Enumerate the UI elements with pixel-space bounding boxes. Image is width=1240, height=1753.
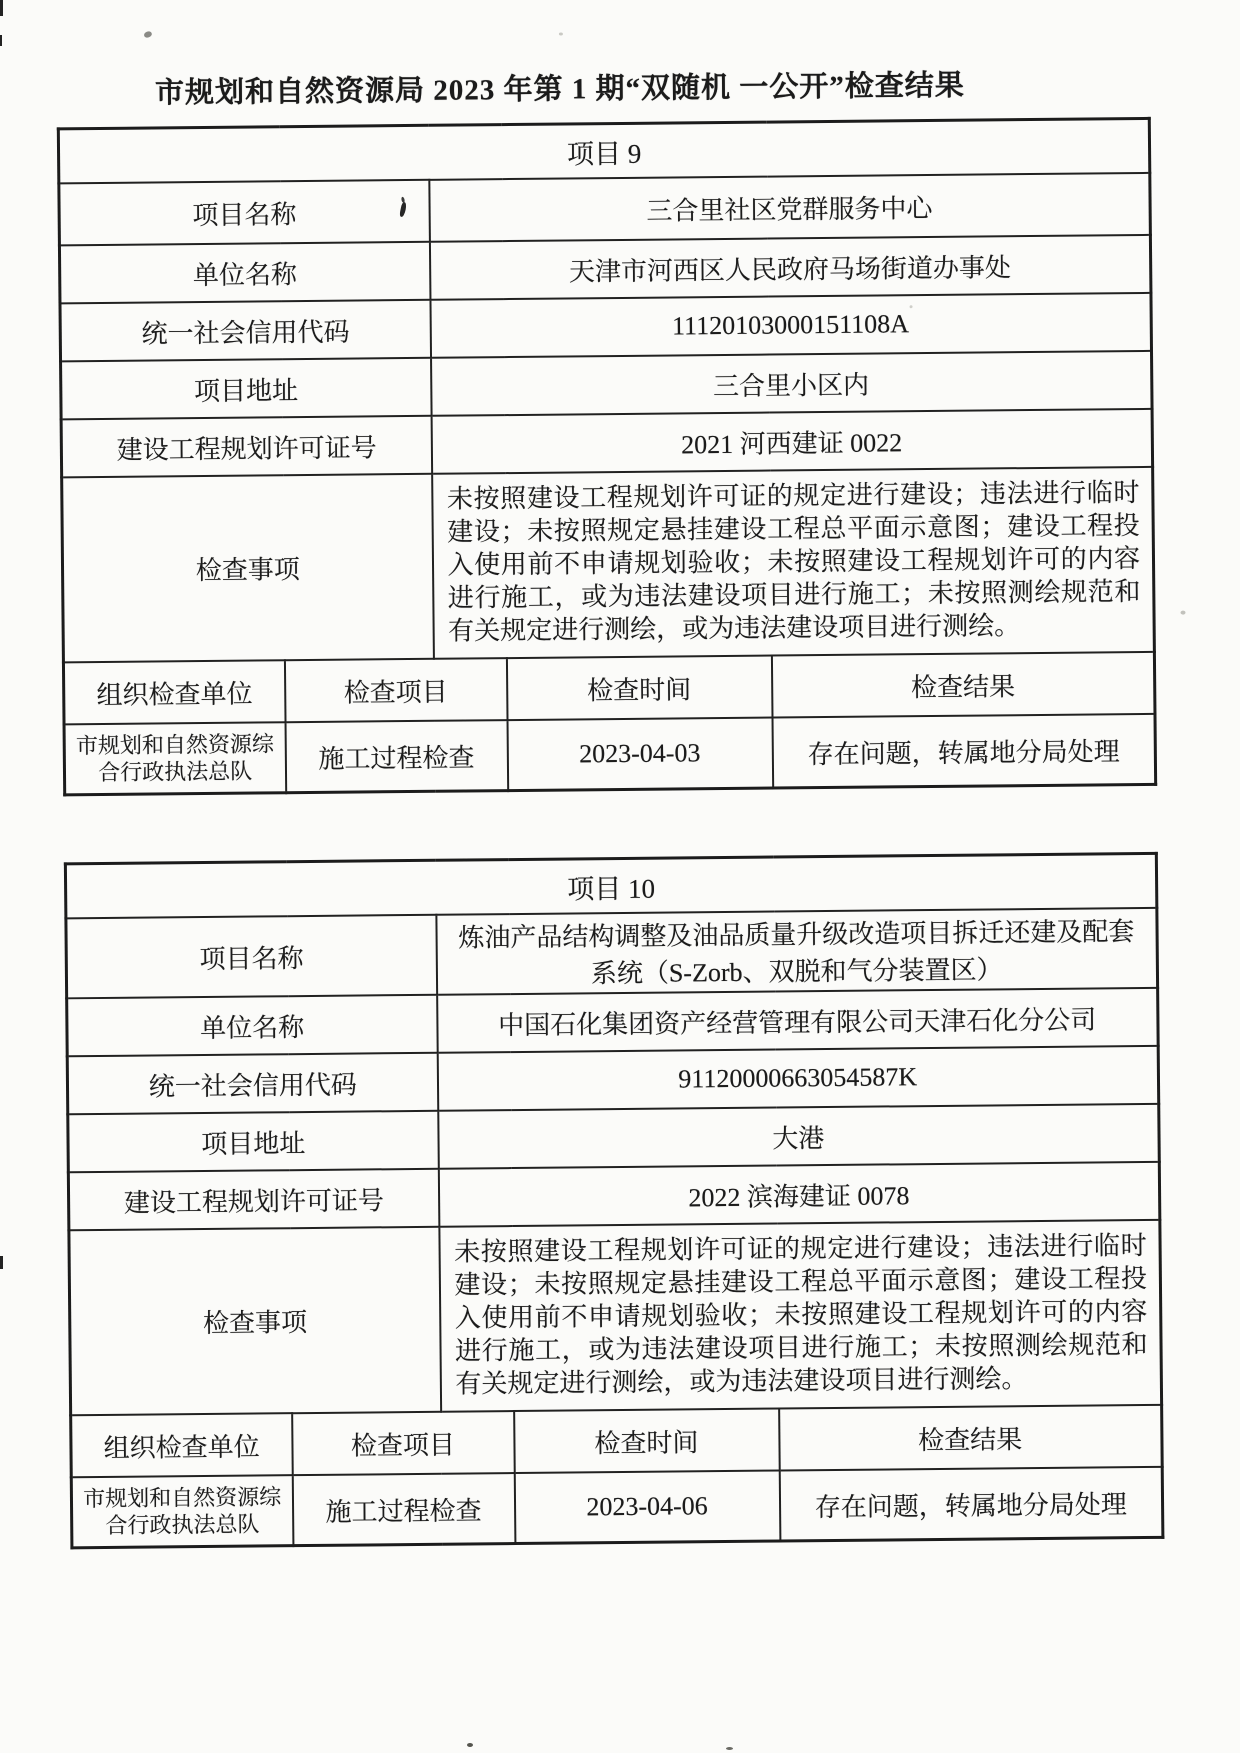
table-row: 统一社会信用代码 11120103000151108A [60, 293, 1152, 361]
column-header-org-unit: 组织检查单位 [63, 660, 285, 724]
table-row: 检查事项 未按照建设工程规划许可证的规定进行建设；违法进行临时建设；未按照规定悬… [62, 467, 1155, 662]
field-label-project-address: 项目地址 [61, 358, 432, 420]
document-title: 市规划和自然资源局 2023 年第 1 期“双随机 一公开”检查结果 [14, 61, 1105, 112]
field-value-project-address: 三合里小区内 [431, 351, 1153, 416]
scan-speck [910, 305, 913, 308]
scan-edge-artifact [0, 0, 3, 16]
field-value-permit-no: 2022 滨海建证 0078 [438, 1162, 1160, 1227]
cell-org-unit: 市规划和自然资源综合行政执法总队 [71, 1475, 293, 1548]
column-header-inspection-project: 检查项目 [292, 1411, 515, 1475]
table-row: 单位名称 中国石化集团资产经营管理有限公司天津石化分公司 [67, 988, 1159, 1056]
column-header-org-unit: 组织检查单位 [71, 1413, 293, 1477]
field-label-inspection-items: 检查事项 [62, 474, 434, 663]
table-row: 建设工程规划许可证号 2022 滨海建证 0078 [68, 1162, 1160, 1230]
column-header-inspection-time: 检查时间 [506, 656, 772, 721]
cell-inspection-result: 存在问题，转属地分局处理 [779, 1467, 1163, 1541]
scanned-page: 市规划和自然资源局 2023 年第 1 期“双随机 一公开”检查结果 项目 9 … [0, 0, 1240, 1753]
field-value-project-address: 大港 [438, 1104, 1160, 1169]
field-value-credit-code: 11120103000151108A [430, 293, 1152, 358]
field-label-inspection-items: 检查事项 [69, 1227, 441, 1416]
field-value-unit-name: 天津市河西区人民政府马场街道办事处 [429, 235, 1151, 300]
cell-inspection-time: 2023-04-06 [514, 1471, 780, 1544]
table-row: 检查事项 未按照建设工程规划许可证的规定进行建设；违法进行临时建设；未按照规定悬… [69, 1220, 1162, 1415]
field-label-project-address: 项目地址 [68, 1111, 439, 1173]
table-row: 项目名称 三合里社区党群服务中心 [59, 173, 1151, 245]
field-label-project-name: 项目名称 [66, 915, 437, 999]
table-row: 市规划和自然资源综合行政执法总队 施工过程检查 2023-04-03 存在问题，… [64, 714, 1156, 795]
scan-edge-artifact [0, 35, 2, 46]
cell-inspection-time: 2023-04-03 [507, 718, 773, 791]
cell-inspection-project: 施工过程检查 [285, 720, 508, 793]
column-header-inspection-time: 检查时间 [514, 1409, 780, 1474]
table-row: 市规划和自然资源综合行政执法总队 施工过程检查 2023-04-06 存在问题，… [71, 1467, 1163, 1548]
field-label-project-name: 项目名称 [59, 180, 430, 246]
project-9-table: 项目 9 项目名称 三合里社区党群服务中心 单位名称 天津市河西区人民政府马场街… [57, 117, 1157, 796]
field-value-project-name: 三合里社区党群服务中心 [429, 173, 1151, 242]
field-label-permit-no: 建设工程规划许可证号 [61, 416, 432, 478]
table-row: 项目地址 大港 [68, 1104, 1160, 1172]
table-row: 统一社会信用代码 91120000663054587K [67, 1046, 1159, 1114]
field-value-unit-name: 中国石化集团资产经营管理有限公司天津石化分公司 [437, 988, 1159, 1053]
field-value-credit-code: 91120000663054587K [437, 1046, 1159, 1111]
table-row: 建设工程规划许可证号 2021 河西建证 0022 [61, 409, 1153, 477]
project-10-table: 项目 10 项目名称 炼油产品结构调整及油品质量升级改造项目拆迁还建及配套系统（… [64, 852, 1165, 1549]
cell-inspection-result: 存在问题，转属地分局处理 [772, 714, 1156, 788]
column-header-inspection-result: 检查结果 [779, 1405, 1163, 1471]
table-row: 单位名称 天津市河西区人民政府马场街道办事处 [59, 235, 1151, 303]
table-row: 组织检查单位 检查项目 检查时间 检查结果 [63, 652, 1155, 724]
table-row: 组织检查单位 检查项目 检查时间 检查结果 [71, 1405, 1163, 1477]
field-label-credit-code: 统一社会信用代码 [60, 300, 431, 362]
cell-inspection-project: 施工过程检查 [292, 1473, 515, 1546]
scan-speck [143, 30, 153, 38]
scan-speck [1180, 611, 1185, 615]
field-value-permit-no: 2021 河西建证 0022 [431, 409, 1153, 474]
field-label-permit-no: 建设工程规划许可证号 [68, 1169, 439, 1231]
field-label-unit-name: 单位名称 [67, 995, 438, 1057]
field-value-project-name: 炼油产品结构调整及油品质量升级改造项目拆迁还建及配套系统（S-Zorb、双脱和气… [436, 908, 1158, 995]
scan-edge-artifact [0, 1256, 3, 1269]
scan-speck [726, 1747, 733, 1750]
scan-speck [559, 33, 563, 36]
field-label-unit-name: 单位名称 [59, 242, 430, 304]
table-row: 项目地址 三合里小区内 [61, 351, 1153, 419]
field-value-inspection-items: 未按照建设工程规划许可证的规定进行建设；违法进行临时建设；未按照规定悬挂建设工程… [439, 1220, 1162, 1412]
field-value-inspection-items: 未按照建设工程规划许可证的规定进行建设；违法进行临时建设；未按照规定悬挂建设工程… [432, 467, 1155, 659]
column-header-inspection-project: 检查项目 [284, 658, 507, 722]
field-label-credit-code: 统一社会信用代码 [67, 1053, 438, 1115]
document-content: 市规划和自然资源局 2023 年第 1 期“双随机 一公开”检查结果 项目 9 … [56, 61, 1161, 1549]
column-header-inspection-result: 检查结果 [771, 652, 1155, 718]
cell-org-unit: 市规划和自然资源综合行政执法总队 [64, 722, 286, 795]
table-row: 项目名称 炼油产品结构调整及油品质量升级改造项目拆迁还建及配套系统（S-Zorb… [66, 908, 1158, 998]
scan-speck [467, 1743, 473, 1747]
